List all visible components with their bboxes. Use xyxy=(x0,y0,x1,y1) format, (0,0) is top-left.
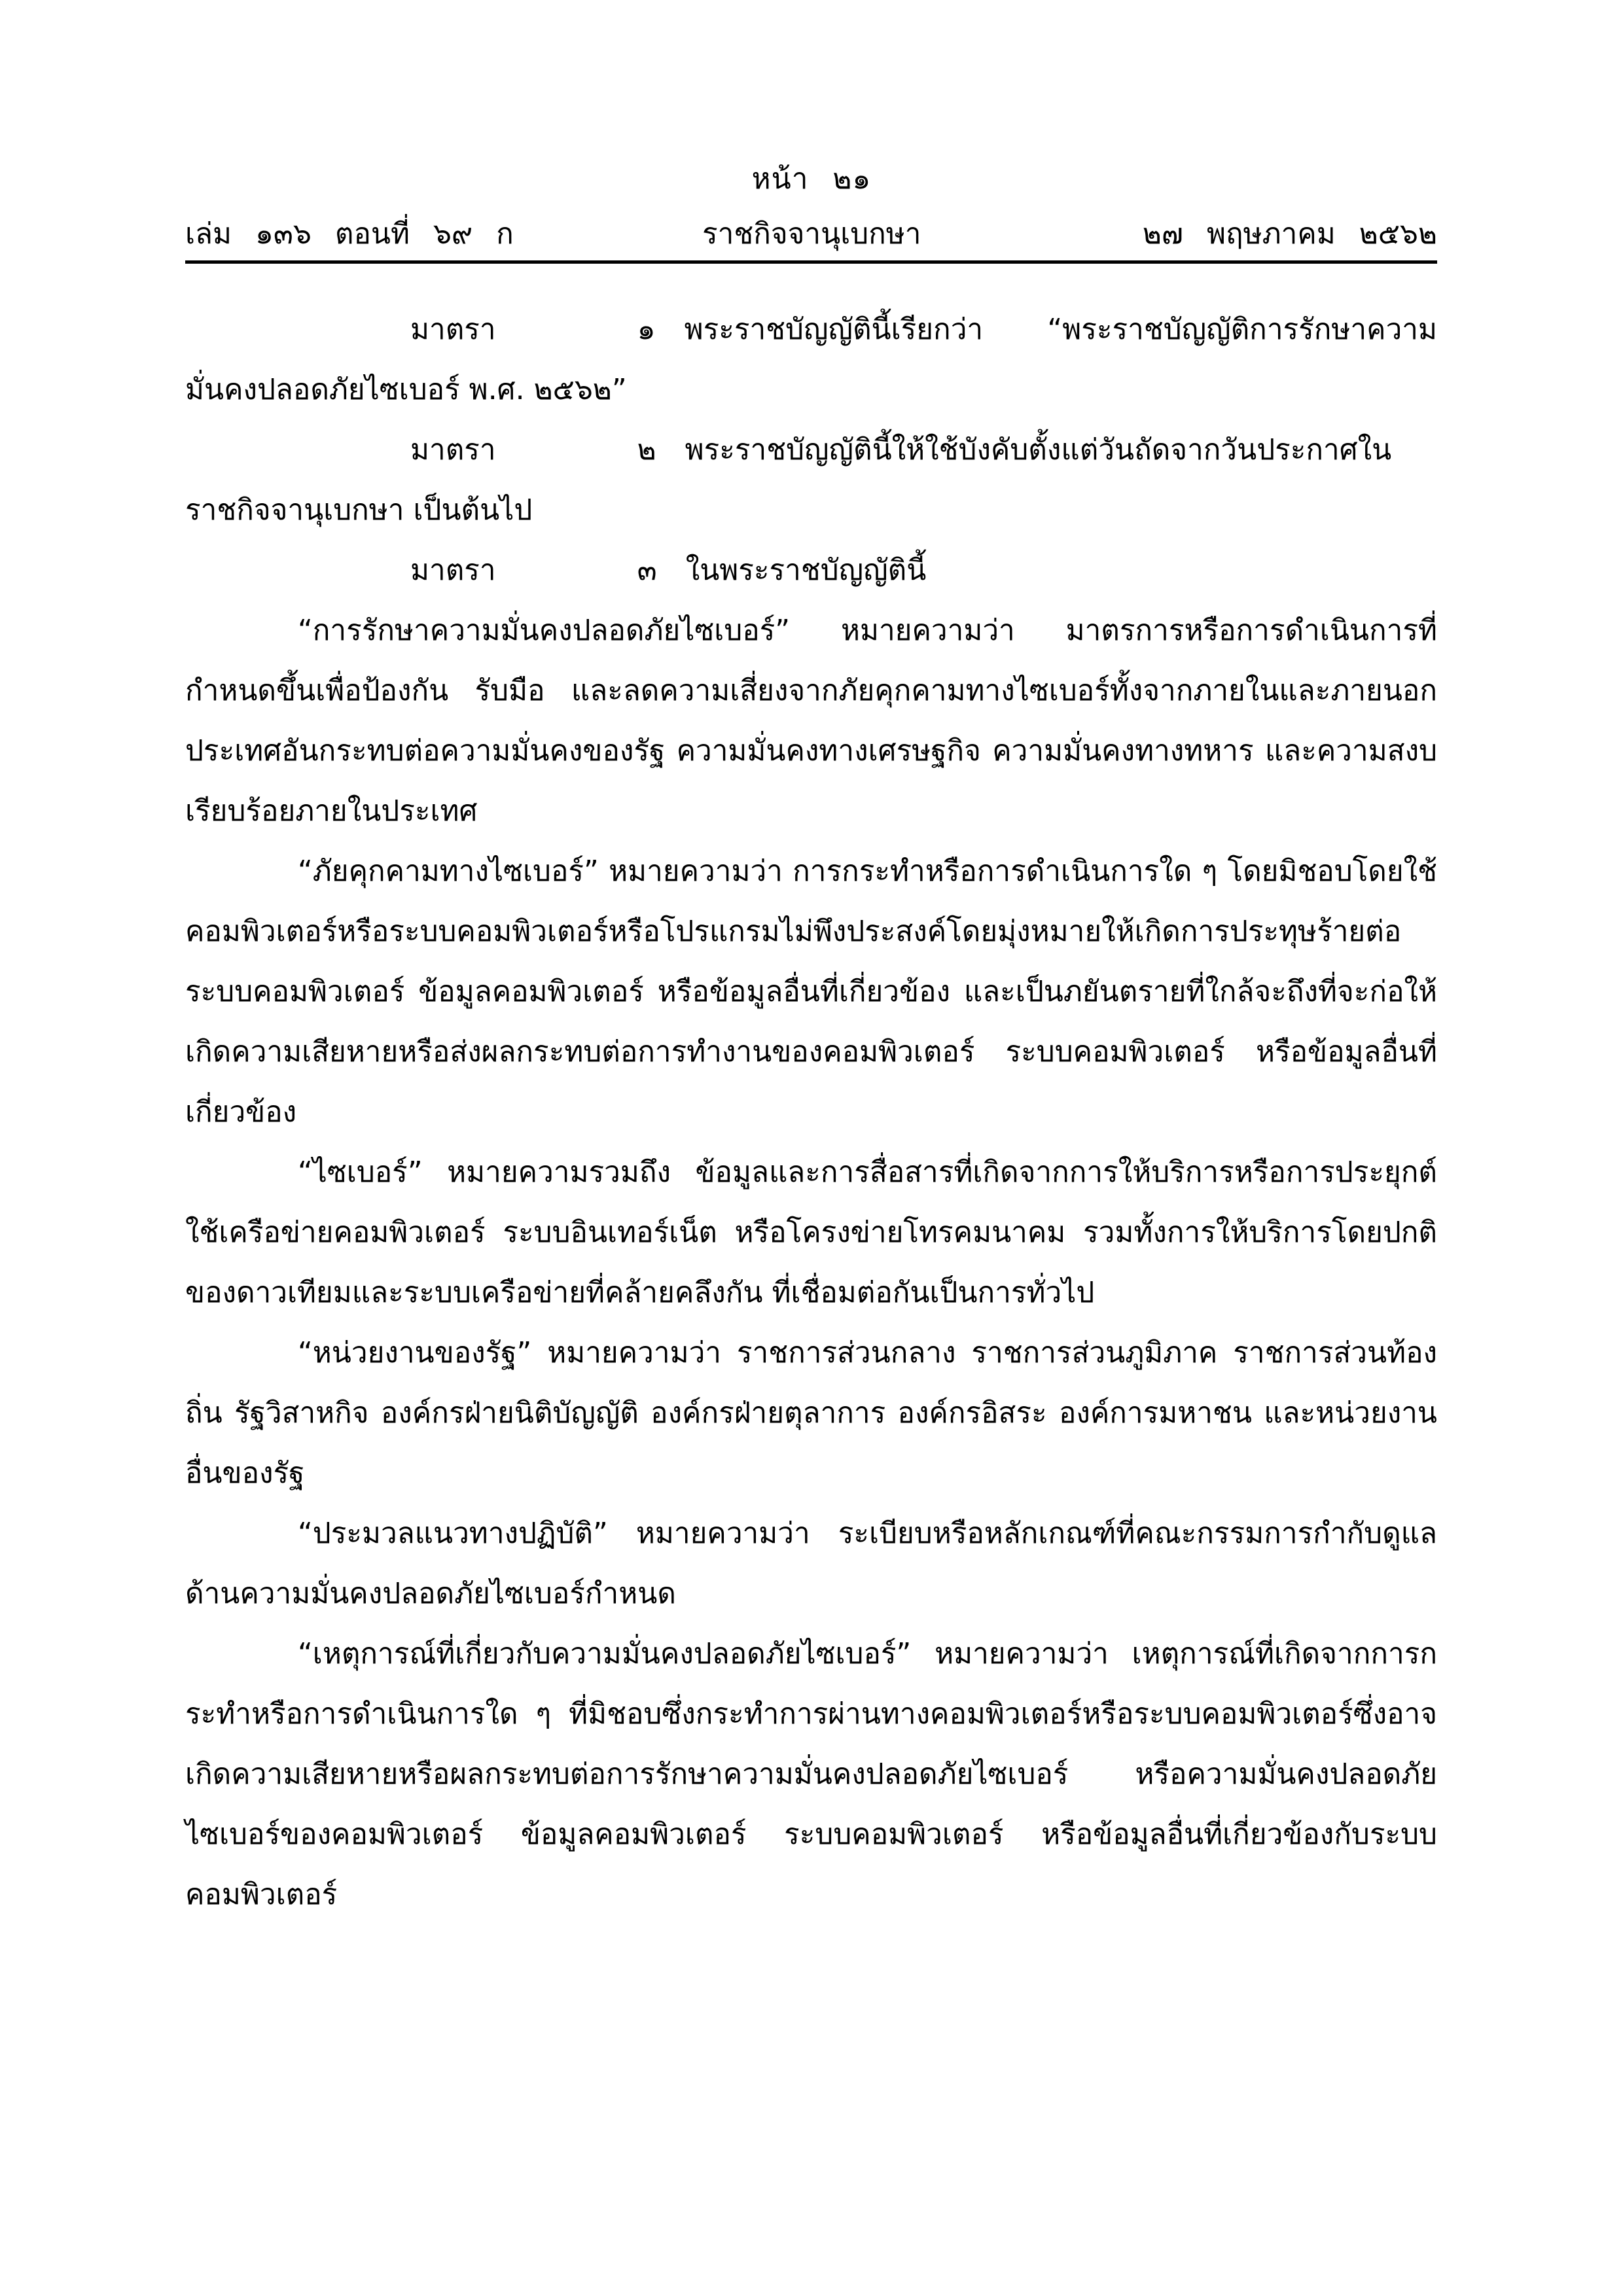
definition-term: “ภัยคุกคามทางไซเบอร์” xyxy=(298,855,599,888)
definition-text: หมายความว่า เหตุการณ์ที่เกิดจากการกระทำห… xyxy=(185,1637,1437,1911)
section-label: มาตรา xyxy=(298,300,496,360)
definition-cyber-threat: “ภัยคุกคามทางไซเบอร์” หมายความว่า การกระ… xyxy=(185,841,1437,1142)
definition-cyber-incident: “เหตุการณ์ที่เกี่ยวกับความมั่นคงปลอดภัยไ… xyxy=(185,1624,1437,1925)
section-number: ๒ xyxy=(525,420,656,480)
section-3: มาตรา๓ในพระราชบัญญัตินี้ xyxy=(185,540,1437,601)
definition-cybersecurity: “การรักษาความมั่นคงปลอดภัยไซเบอร์” หมายค… xyxy=(185,601,1437,841)
definition-cyber: “ไซเบอร์” หมายความรวมถึง ข้อมูลและการสื่… xyxy=(185,1142,1437,1323)
section-number: ๓ xyxy=(525,540,657,601)
definition-text: หมายความว่า การกระทำหรือการดำเนินการใด ๆ… xyxy=(185,855,1437,1129)
gazette-header: เล่ม ๑๓๖ ตอนที่ ๖๙ ก ราชกิจจานุเบกษา ๒๗ … xyxy=(185,211,1437,250)
definition-term: “เหตุการณ์ที่เกี่ยวกับความมั่นคงปลอดภัยไ… xyxy=(298,1637,911,1670)
volume-issue: เล่ม ๑๓๖ ตอนที่ ๖๙ ก xyxy=(185,211,514,256)
definition-term: “ประมวลแนวทางปฏิบัติ” xyxy=(298,1517,608,1550)
section-label: มาตรา xyxy=(298,540,496,601)
document-body: มาตรา๑พระราชบัญญัตินี้เรียกว่า “พระราชบั… xyxy=(185,300,1437,1925)
section-number: ๑ xyxy=(525,300,656,360)
header-divider xyxy=(185,260,1437,264)
section-label: มาตรา xyxy=(298,420,496,480)
publication-name: ราชกิจจานุเบกษา xyxy=(702,211,921,256)
definition-term: “การรักษาความมั่นคงปลอดภัยไซเบอร์” xyxy=(298,614,790,647)
section-2: มาตรา๒พระราชบัญญัตินี้ให้ใช้บังคับตั้งแต… xyxy=(185,420,1437,540)
definition-state-agency: “หน่วยงานของรัฐ” หมายความว่า ราชการส่วนก… xyxy=(185,1323,1437,1504)
definition-term: “ไซเบอร์” xyxy=(298,1156,423,1189)
section-text: ในพระราชบัญญัตินี้ xyxy=(686,554,927,587)
page-number: หน้า ๒๑ xyxy=(0,156,1623,202)
definition-code-of-practice: “ประมวลแนวทางปฏิบัติ” หมายความว่า ระเบีย… xyxy=(185,1504,1437,1624)
definition-term: “หน่วยงานของรัฐ” xyxy=(298,1336,531,1369)
section-1: มาตรา๑พระราชบัญญัตินี้เรียกว่า “พระราชบั… xyxy=(185,300,1437,420)
publication-date: ๒๗ พฤษภาคม ๒๕๖๒ xyxy=(1143,211,1437,256)
